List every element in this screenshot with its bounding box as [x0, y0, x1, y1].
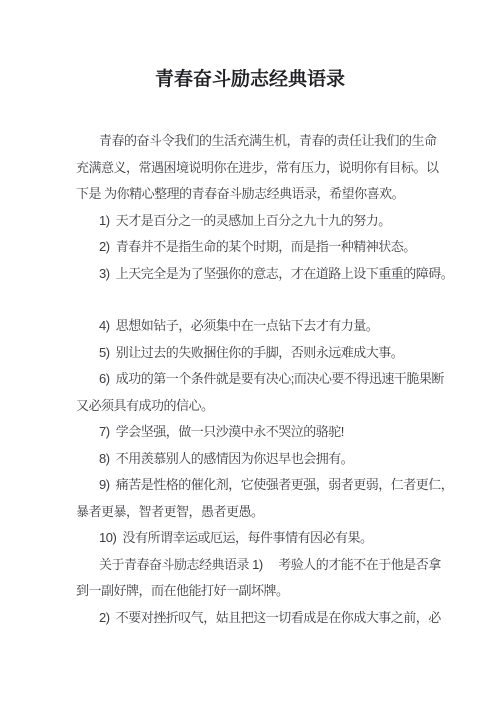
document-page: 青春奋斗励志经典语录 青春的奋斗令我们的生活充满生机，青春的责任让我们的生命充满…	[0, 0, 500, 708]
text-line: 关于青春奋斗励志经典语录 1) 考验人的才能不在于他是否拿	[76, 552, 424, 579]
paragraph: 4) 思想如钻子，必须集中在一点钻下去才有力量。	[76, 313, 424, 340]
paragraph: 8) 不用羡慕别人的感情因为你迟早也会拥有。	[76, 446, 424, 473]
text-line: 又必须具有成功的信心。	[76, 393, 424, 420]
text-line: 7) 学会坚强，做一只沙漠中永不哭泣的骆驼!	[76, 419, 424, 446]
document-body: 青春的奋斗令我们的生活充满生机，青春的责任让我们的生命充满意义，常遇困境说明你在…	[0, 128, 500, 631]
text-line: 5) 别让过去的失败捆住你的手脚，否则永远难成大事。	[76, 340, 424, 367]
text-line: 充满意义，常遇困境说明你在进步，常有压力，说明你有目标。以	[76, 155, 424, 182]
text-line: 2) 青春并不是指生命的某个时期，而是指一种精神状态。	[76, 234, 424, 261]
paragraph: 9) 痛苦是性格的催化剂，它使强者更强，弱者更弱，仁者更仁，暴者更暴，智者更智，…	[76, 472, 424, 525]
paragraph: 7) 学会坚强，做一只沙漠中永不哭泣的骆驼!	[76, 419, 424, 446]
text-line: 8) 不用羡慕别人的感情因为你迟早也会拥有。	[76, 446, 424, 473]
paragraph: 3) 上天完全是为了坚强你的意志，才在道路上设下重重的障碍。	[76, 261, 424, 288]
paragraph: 青春的奋斗令我们的生活充满生机，青春的责任让我们的生命充满意义，常遇困境说明你在…	[76, 128, 424, 208]
paragraph: 2) 青春并不是指生命的某个时期，而是指一种精神状态。	[76, 234, 424, 261]
page-title: 青春奋斗励志经典语录	[0, 68, 500, 92]
text-line: 3) 上天完全是为了坚强你的意志，才在道路上设下重重的障碍。	[76, 261, 424, 288]
text-line: 1) 天才是百分之一的灵感加上百分之九十九的努力。	[76, 208, 424, 235]
paragraph: 关于青春奋斗励志经典语录 1) 考验人的才能不在于他是否拿到一副好牌，而在他能打…	[76, 552, 424, 605]
paragraph: 6) 成功的第一个条件就是要有决心;而决心要不得迅速干脆果断又必须具有成功的信心…	[76, 366, 424, 419]
text-line: 4) 思想如钻子，必须集中在一点钻下去才有力量。	[76, 313, 424, 340]
text-line: 下是 为你精心整理的青春奋斗励志经典语录，希望你喜欢。	[76, 181, 424, 208]
text-line: 青春的奋斗令我们的生活充满生机，青春的责任让我们的生命	[76, 128, 424, 155]
text-line: 2) 不要对挫折叹气，姑且把这一切看成是在你成大事之前，必	[76, 605, 424, 632]
paragraph: 5) 别让过去的失败捆住你的手脚，否则永远难成大事。	[76, 340, 424, 367]
text-line: 10) 没有所谓幸运或厄运，每件事情有因必有果。	[76, 525, 424, 552]
text-line: 9) 痛苦是性格的催化剂，它使强者更强，弱者更弱，仁者更仁，	[76, 472, 424, 499]
paragraph: 1) 天才是百分之一的灵感加上百分之九十九的努力。	[76, 208, 424, 235]
text-line: 到一副好牌，而在他能打好一副坏牌。	[76, 578, 424, 605]
paragraph: 2) 不要对挫折叹气，姑且把这一切看成是在你成大事之前，必	[76, 605, 424, 632]
text-line: 6) 成功的第一个条件就是要有决心;而决心要不得迅速干脆果断	[76, 366, 424, 393]
paragraph: 10) 没有所谓幸运或厄运，每件事情有因必有果。	[76, 525, 424, 552]
text-line: 暴者更暴，智者更智，愚者更愚。	[76, 499, 424, 526]
